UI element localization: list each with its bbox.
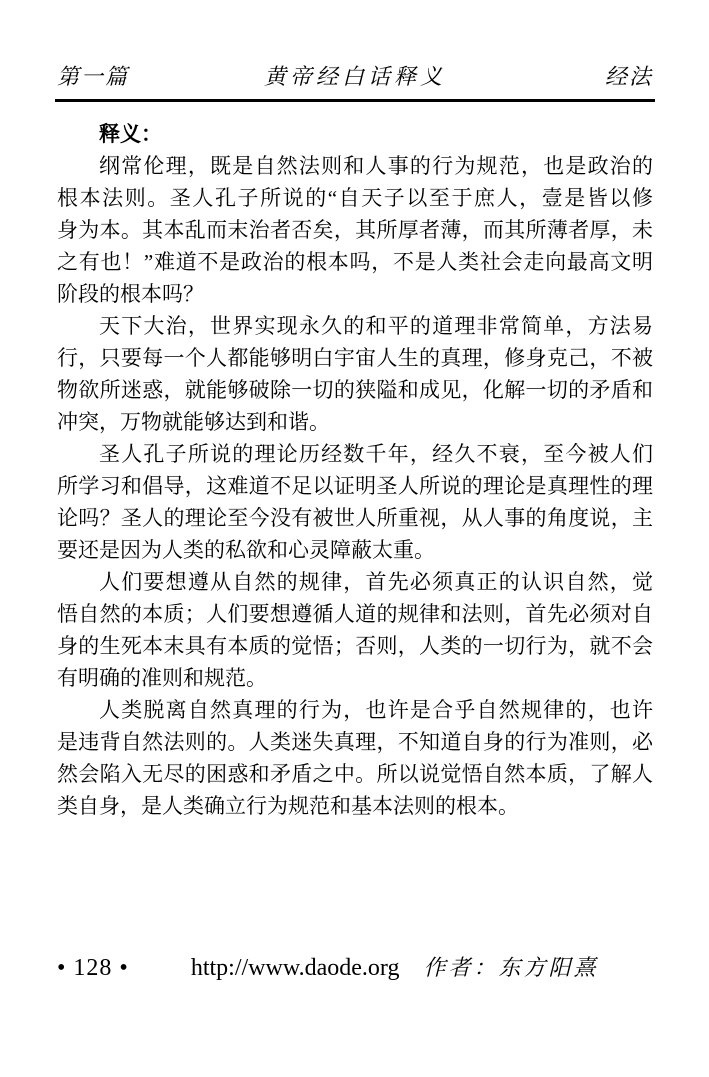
text-line: 论吗？圣人的理论至今没有被世人所重视，从人事的角度说，主 xyxy=(57,502,653,534)
paragraph: 天下大治，世界实现永久的和平的道理非常简单，方法易 行，只要每一个人都能够明白宇… xyxy=(57,310,653,438)
text-line: 然会陷入无尽的困惑和矛盾之中。所以说觉悟自然本质，了解人 xyxy=(57,758,653,790)
header-book-title: 黄帝经白话释义 xyxy=(207,60,503,91)
page-footer: • 128 • http://www.daode.org 作者：东方阳熹 xyxy=(57,951,653,982)
text-line: 圣人孔子所说的理论历经数千年，经久不衰，至今被人们 xyxy=(57,438,653,470)
author-credit: 作者：东方阳熹 xyxy=(423,951,598,982)
text-line: 之有也！”难道不是政治的根本吗，不是人类社会走向最高文明 xyxy=(57,246,653,278)
paragraph: 人们要想遵从自然的规律，首先必须真正的认识自然，觉 悟自然的本质；人们要想遵循人… xyxy=(57,566,653,694)
text-line: 身为本。其本乱而末治者否矣，其所厚者薄，而其所薄者厚，未 xyxy=(57,214,653,246)
text-line: 人类脱离自然真理的行为，也许是合乎自然规律的，也许 xyxy=(57,694,653,726)
text-line: 人们要想遵从自然的规律，首先必须真正的认识自然，觉 xyxy=(57,566,653,598)
text-line: 物欲所迷惑，就能够破除一切的狭隘和成见，化解一切的矛盾和 xyxy=(57,374,653,406)
page-header: 第一篇 黄帝经白话释义 经法 xyxy=(57,60,653,91)
page-body: 释义： 纲常伦理，既是自然法则和人事的行为规范，也是政治的 根本法则。圣人孔子所… xyxy=(57,118,653,822)
paragraph: 纲常伦理，既是自然法则和人事的行为规范，也是政治的 根本法则。圣人孔子所说的“自… xyxy=(57,150,653,310)
header-chapter-label: 经法 xyxy=(503,60,653,91)
text-line: 阶段的根本吗？ xyxy=(57,278,653,310)
book-page: 第一篇 黄帝经白话释义 经法 释义： 纲常伦理，既是自然法则和人事的行为规范，也… xyxy=(0,0,709,1077)
text-line: 天下大治，世界实现永久的和平的道理非常简单，方法易 xyxy=(57,310,653,342)
text-line: 身的生死本末具有本质的觉悟；否则，人类的一切行为，就不会 xyxy=(57,630,653,662)
section-label: 释义： xyxy=(57,118,653,150)
header-section-label: 第一篇 xyxy=(57,60,207,91)
page-number: • 128 • xyxy=(57,955,129,982)
site-url: http://www.daode.org xyxy=(191,955,400,982)
text-line: 类自身，是人类确立行为规范和基本法则的根本。 xyxy=(57,790,653,822)
paragraph: 圣人孔子所说的理论历经数千年，经久不衰，至今被人们 所学习和倡导，这难道不足以证… xyxy=(57,438,653,566)
text-line: 是违背自然法则的。人类迷失真理，不知道自身的行为准则，必 xyxy=(57,726,653,758)
text-line: 要还是因为人类的私欲和心灵障蔽太重。 xyxy=(57,534,653,566)
text-line: 行，只要每一个人都能够明白宇宙人生的真理，修身克己，不被 xyxy=(57,342,653,374)
text-line: 纲常伦理，既是自然法则和人事的行为规范，也是政治的 xyxy=(57,150,653,182)
paragraph: 人类脱离自然真理的行为，也许是合乎自然规律的，也许 是违背自然法则的。人类迷失真… xyxy=(57,694,653,822)
header-rule-divider xyxy=(55,99,655,102)
text-line: 悟自然的本质；人们要想遵循人道的规律和法则，首先必须对自 xyxy=(57,598,653,630)
text-line: 所学习和倡导，这难道不足以证明圣人所说的理论是真理性的理 xyxy=(57,470,653,502)
text-line: 根本法则。圣人孔子所说的“自天子以至于庶人，壹是皆以修 xyxy=(57,182,653,214)
text-line: 有明确的准则和规范。 xyxy=(57,662,653,694)
text-line: 冲突，万物就能够达到和谐。 xyxy=(57,406,653,438)
